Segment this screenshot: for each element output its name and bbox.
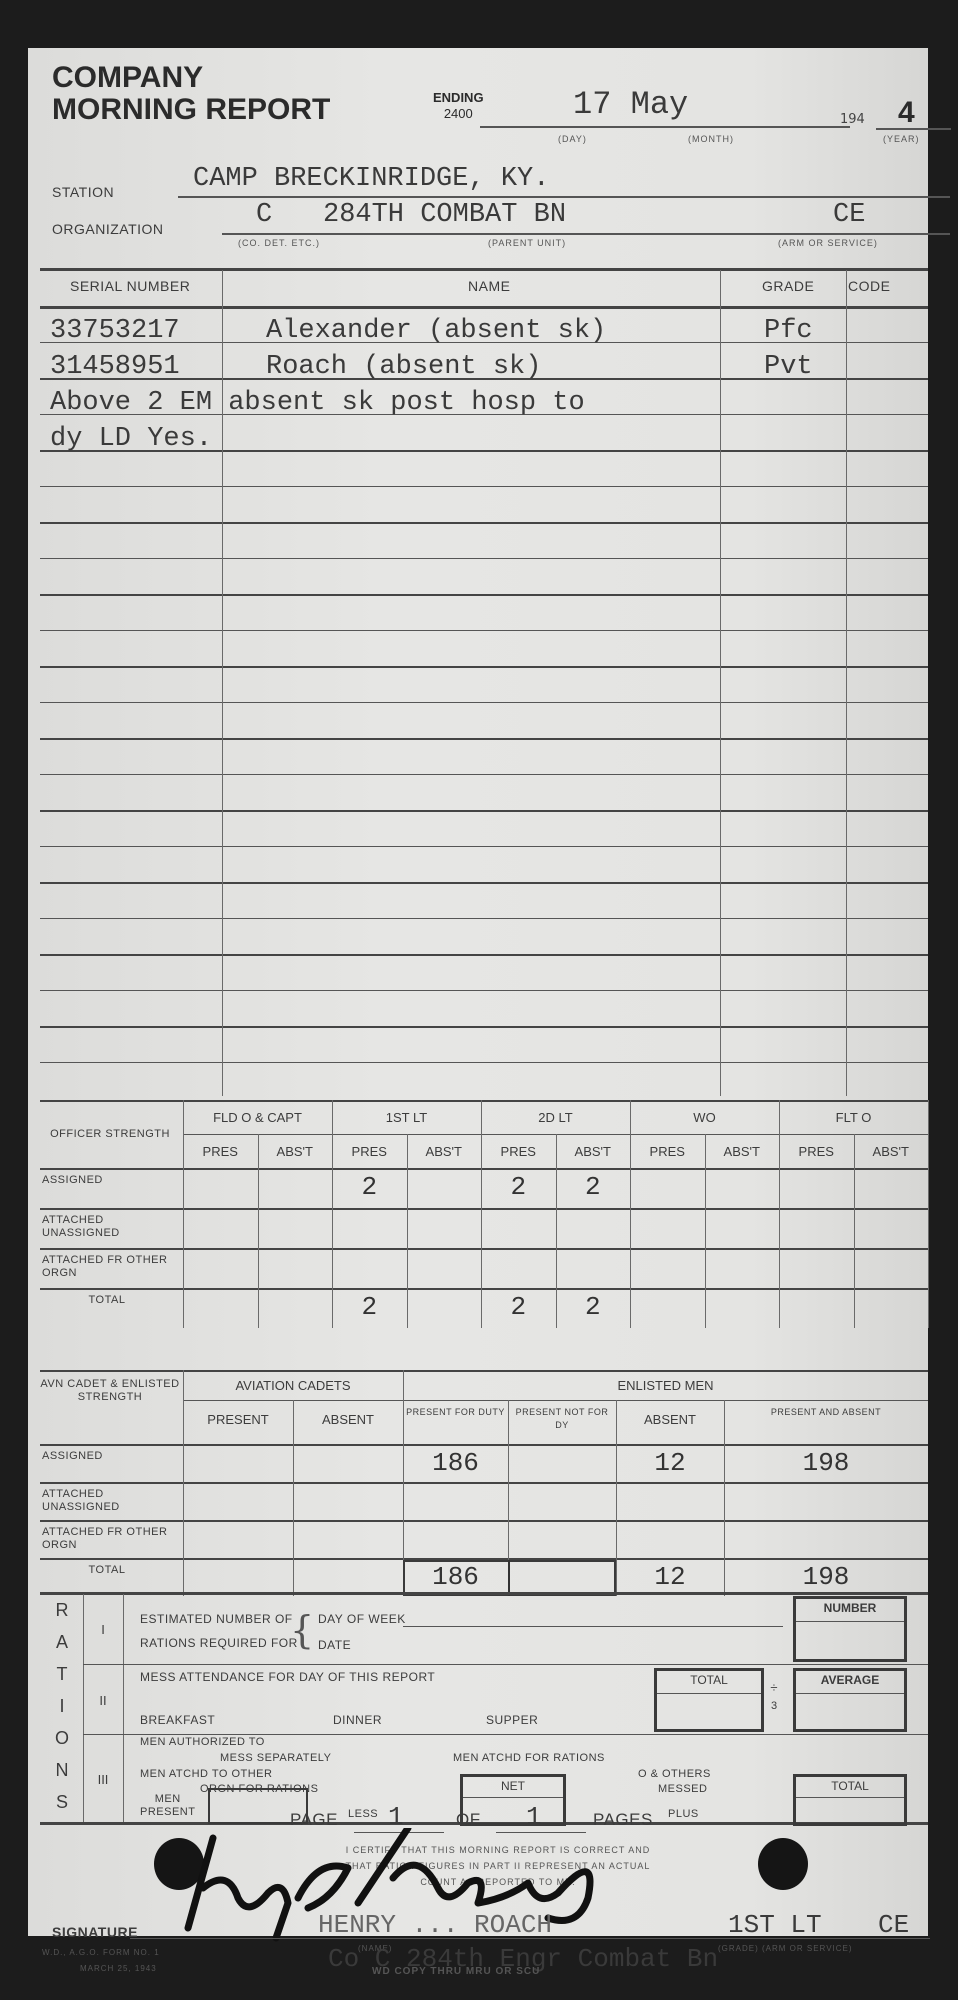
rations-side-letter: S — [42, 1792, 82, 1813]
o-others-label: O & OTHERS — [638, 1768, 711, 1780]
officer-count: 2 — [556, 1292, 631, 1322]
rations-side-letter: N — [42, 1760, 82, 1781]
enlisted-col-header: ABSENT — [616, 1412, 724, 1427]
roster-row-1-grade: Pfc — [764, 316, 813, 346]
officer-count: 2 — [332, 1292, 407, 1322]
enlisted-col-header: PRESENT NOT FOR DY — [508, 1406, 616, 1432]
punch-hole-right — [758, 1838, 808, 1890]
of-label: OF — [456, 1810, 481, 1830]
officer-pres-header: PRES — [779, 1144, 854, 1159]
less-label: LESS — [348, 1808, 378, 1820]
officer-group-header: 2D LT — [481, 1110, 630, 1125]
number-box[interactable]: NUMBER — [793, 1596, 907, 1662]
org-parent-caption: (PARENT UNIT) — [488, 238, 566, 248]
officer-abs-header: ABS'T — [854, 1144, 929, 1159]
rations-section-2: II — [83, 1693, 123, 1708]
station-label: STATION — [52, 184, 114, 200]
average-label: AVERAGE — [796, 1673, 904, 1687]
enlisted-row-label: ATTACHED FR OTHER ORGN — [42, 1526, 172, 1552]
ending-time: 2400 — [433, 106, 484, 122]
messed-label: MESSED — [658, 1783, 707, 1795]
average-box[interactable]: AVERAGE — [793, 1668, 907, 1732]
page-label: PAGE — [290, 1810, 338, 1830]
officer-group-header: 1ST LT — [332, 1110, 481, 1125]
enlisted-col-header: PRESENT FOR DUTY — [403, 1406, 508, 1419]
remarks-line-1: Above 2 EM absent sk post hosp to — [50, 388, 585, 418]
enlisted-strength-title: AVN CADET & ENLISTED STRENGTH — [40, 1378, 180, 1404]
mess-attendance-label: MESS ATTENDANCE FOR DAY OF THIS REPORT — [140, 1670, 435, 1684]
enlisted-count: 186 — [403, 1448, 508, 1478]
enlisted-row-label: TOTAL — [42, 1564, 172, 1577]
enlisted-row-label: ASSIGNED — [42, 1450, 172, 1463]
officer-count: 2 — [481, 1172, 556, 1202]
officer-strength-title: OFFICER STRENGTH — [40, 1128, 180, 1141]
month-caption: (MONTH) — [688, 134, 734, 144]
col-serial-header: SERIAL NUMBER — [70, 278, 190, 294]
roster-row-1-serial: 33753217 — [50, 316, 180, 346]
officer-row-label: ATTACHED FR OTHER ORGN — [42, 1254, 172, 1280]
brace-icon: { — [290, 1608, 314, 1652]
men-authorized-label: MEN AUTHORIZED TO — [140, 1736, 265, 1748]
station-value: CAMP BRECKINRIDGE, KY. — [193, 164, 549, 194]
roster-row-2-grade: Pvt — [764, 352, 813, 382]
ending-label: ENDING 2400 — [433, 90, 484, 122]
enlisted-count: 198 — [724, 1448, 928, 1478]
rations-side-letter: I — [42, 1696, 82, 1717]
rations-section-3: III — [83, 1772, 123, 1787]
col-grade-header: GRADE — [762, 278, 814, 294]
supper-label: SUPPER — [486, 1713, 538, 1727]
men-present-line2: PRESENT — [140, 1806, 195, 1819]
net-label: NET — [463, 1779, 563, 1793]
signer-typed-name: HENRY ... ROACH — [318, 1910, 552, 1940]
enlisted-col-header: ABSENT — [293, 1412, 403, 1427]
aviation-cadets-header: AVIATION CADETS — [183, 1378, 403, 1393]
rations-required-label: RATIONS REQUIRED FOR — [140, 1636, 298, 1650]
title-line-2: MORNING REPORT — [52, 94, 330, 126]
form-title: COMPANY MORNING REPORT — [52, 62, 330, 126]
dinner-label: DINNER — [333, 1713, 382, 1727]
form-date: MARCH 25, 1943 — [80, 1964, 157, 1973]
rations-section-1: I — [83, 1622, 123, 1637]
organization-label: ORGANIZATION — [52, 221, 164, 237]
rations-side-letter: A — [42, 1632, 82, 1653]
number-box-label: NUMBER — [796, 1601, 904, 1615]
mess-total-box[interactable]: TOTAL — [654, 1668, 764, 1732]
officer-pres-header: PRES — [332, 1144, 407, 1159]
wd-copy-note: WD COPY THRU MRU OR SCU — [372, 1966, 540, 1977]
officer-abs-header: ABS'T — [556, 1144, 631, 1159]
rations-total-label: TOTAL — [796, 1779, 904, 1793]
roster-row-2-name: Roach (absent sk) — [266, 352, 541, 382]
mess-total-label: TOTAL — [657, 1673, 761, 1687]
remarks-line-2: dy LD Yes. — [50, 424, 212, 454]
morning-report-form: COMPANY MORNING REPORT ENDING 2400 17 Ma… — [28, 48, 928, 1936]
officer-group-header: WO — [630, 1110, 779, 1125]
men-atchd-rations-label: MEN ATCHD FOR RATIONS — [453, 1752, 605, 1764]
officer-row-label: TOTAL — [42, 1294, 172, 1307]
mess-separately-label: MESS SEPARATELY — [220, 1752, 331, 1764]
officer-group-header: FLD O & CAPT — [183, 1110, 332, 1125]
men-present-label: MEN PRESENT — [140, 1793, 195, 1819]
divide-by: 3 — [764, 1700, 784, 1712]
divide-icon: ÷ — [764, 1680, 784, 1695]
rations-side-letter: O — [42, 1728, 82, 1749]
rations-side-letter: T — [42, 1664, 82, 1685]
year-prefix: 194 — [840, 112, 865, 127]
org-company: C — [256, 200, 272, 230]
officer-pres-header: PRES — [183, 1144, 258, 1159]
signer-grade: 1ST LT — [728, 1910, 822, 1940]
enlisted-men-header: ENLISTED MEN — [403, 1378, 928, 1393]
breakfast-label: BREAKFAST — [140, 1713, 215, 1727]
col-code-header: CODE — [848, 278, 890, 294]
org-arm-caption: (ARM OR SERVICE) — [778, 238, 878, 248]
rations-estimated-label: ESTIMATED NUMBER OF — [140, 1612, 293, 1626]
enlisted-count: 198 — [724, 1562, 928, 1592]
plus-label: PLUS — [668, 1808, 699, 1820]
roster-row-2-serial: 31458951 — [50, 352, 180, 382]
enlisted-col-header: PRESENT AND ABSENT — [724, 1406, 928, 1419]
officer-pres-header: PRES — [481, 1144, 556, 1159]
grade-arm-caption: (GRADE) (ARM OR SERVICE) — [718, 1944, 853, 1953]
officer-count: 2 — [332, 1172, 407, 1202]
men-atchd-other-label: MEN ATCHD TO OTHER — [140, 1768, 272, 1780]
enlisted-count: 12 — [616, 1562, 724, 1592]
officer-abs-header: ABS'T — [258, 1144, 333, 1159]
date-label: DATE — [318, 1638, 351, 1652]
org-parent-unit: 284TH COMBAT BN — [323, 200, 566, 230]
ending-text: ENDING — [433, 90, 484, 106]
report-day-month: 17 May — [573, 86, 688, 123]
roster-row-1-name: Alexander (absent sk) — [266, 316, 606, 346]
officer-count: 2 — [481, 1292, 556, 1322]
form-number: W.D., A.G.O. FORM NO. 1 — [42, 1948, 160, 1957]
pages-label: PAGES — [593, 1810, 653, 1830]
enlisted-count: 12 — [616, 1448, 724, 1478]
men-present-line1: MEN — [140, 1793, 195, 1806]
officer-abs-header: ABS'T — [705, 1144, 780, 1159]
rations-total-box[interactable]: TOTAL — [793, 1774, 907, 1826]
org-company-caption: (CO. DET. ETC.) — [238, 238, 320, 248]
col-name-header: NAME — [468, 278, 510, 294]
officer-row-label: ATTACHED UNASSIGNED — [42, 1214, 172, 1240]
officer-row-label: ASSIGNED — [42, 1174, 172, 1187]
signature-label: SIGNATURE — [52, 1924, 138, 1940]
rations-side-letter: R — [42, 1600, 82, 1621]
year-caption: (YEAR) — [883, 134, 920, 144]
enlisted-row-label: ATTACHED UNASSIGNED — [42, 1488, 172, 1514]
officer-group-header: FLT O — [779, 1110, 928, 1125]
day-of-week-label: DAY OF WEEK — [318, 1612, 406, 1626]
title-line-1: COMPANY — [52, 62, 330, 94]
signer-arm: CE — [878, 1910, 909, 1940]
enlisted-col-header: PRESENT — [183, 1412, 293, 1427]
officer-count: 2 — [556, 1172, 631, 1202]
day-caption: (DAY) — [558, 134, 587, 144]
org-arm-service: CE — [833, 200, 865, 230]
year-digit: 4 — [898, 96, 915, 130]
officer-pres-header: PRES — [630, 1144, 705, 1159]
officer-abs-header: ABS'T — [407, 1144, 482, 1159]
